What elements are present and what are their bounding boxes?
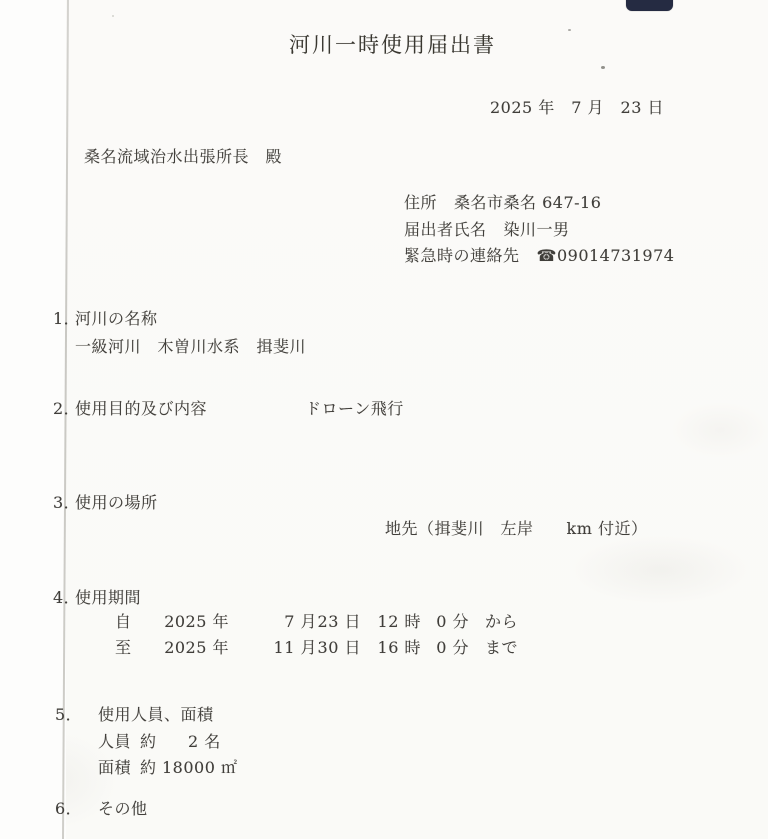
personnel-value: 2 名 [188, 732, 221, 751]
applicant-address-line: 住所桑名市桑名 647-16 [404, 193, 601, 212]
scan-speck [601, 66, 605, 69]
area-row: 面積 約 18000 ㎡ [98, 758, 238, 777]
applicant-name-label: 届出者氏名 [404, 220, 487, 239]
section-6-heading: 6．その他 [55, 799, 148, 818]
section-3-heading: 3．使用の場所 [53, 493, 158, 512]
applicant-name-line: 届出者氏名染川一男 [404, 220, 570, 239]
section-4-title: 使用期間 [75, 588, 141, 607]
usage-period-from-row: 自 2025 年 7 月 23 日 12 時 0 分 から [115, 612, 518, 631]
section-5-heading: 5．使用人員、面積 [55, 705, 214, 724]
personnel-approx: 約 [140, 732, 158, 751]
telephone-icon: ☎ [537, 246, 557, 265]
period-to-day: 30 日 [317, 638, 361, 657]
section-5-title: 使用人員、面積 [98, 705, 214, 724]
addressee-line: 桑名流域治水出張所長 殿 [84, 147, 282, 166]
period-from-day: 23 日 [317, 612, 361, 631]
period-to-minute: 0 分 [421, 638, 469, 657]
section-2-value: ドローン飛行 [305, 399, 404, 418]
scanned-document-page: 河川一時使用届出書 2025 年 7 月 23 日 桑名流域治水出張所長 殿 住… [0, 0, 768, 839]
issue-date: 2025 年 7 月 23 日 [490, 98, 664, 117]
section-3-number: 3． [53, 493, 75, 512]
personnel-row: 人員 約 2 名 [98, 732, 221, 751]
period-from-year: 2025 年 [133, 612, 229, 631]
period-from-month: 7 月 [229, 612, 317, 631]
section-1-number: 1． [53, 309, 75, 328]
phone-number: 09014731974 [557, 246, 674, 265]
period-to-hour: 16 時 [361, 638, 421, 657]
period-from-minute: 0 分 [421, 612, 469, 631]
section-6-title: その他 [98, 799, 148, 818]
section-3-value: 地先（揖斐川 左岸 km 付近） [385, 519, 647, 538]
section-4-number: 4． [53, 588, 75, 607]
area-approx: 約 [140, 758, 158, 777]
area-label: 面積 [98, 758, 132, 777]
section-2-number: 2． [53, 399, 75, 418]
period-from-hour: 12 時 [361, 612, 421, 631]
scan-speck [568, 29, 571, 31]
period-from-label: 自 [115, 612, 133, 631]
section-2-title: 使用目的及び内容 [75, 399, 207, 418]
period-to-label: 至 [115, 638, 133, 657]
period-to-suffix: まで [485, 638, 518, 657]
section-1-title: 河川の名称 [75, 309, 158, 328]
period-to-year: 2025 年 [133, 638, 229, 657]
period-from-suffix: から [485, 612, 518, 631]
section-6-number: 6． [55, 799, 98, 818]
contact-label: 緊急時の連絡先 [404, 246, 520, 265]
applicant-name-value: 染川一男 [504, 220, 570, 239]
address-value: 桑名市桑名 647-16 [454, 193, 601, 212]
section-4-heading: 4．使用期間 [53, 588, 141, 607]
emergency-contact-line: 緊急時の連絡先☎09014731974 [404, 246, 674, 265]
section-2-heading: 2．使用目的及び内容ドローン飛行 [53, 399, 404, 418]
document-title: 河川一時使用届出書 [289, 33, 496, 58]
section-3-title: 使用の場所 [75, 493, 158, 512]
scan-speck [112, 15, 114, 17]
address-label: 住所 [404, 193, 437, 212]
collapsed-toolbar-tab[interactable] [626, 0, 673, 11]
section-1-heading: 1．河川の名称 [53, 309, 158, 328]
usage-period-to-row: 至 2025 年 11 月 30 日 16 時 0 分 まで [115, 638, 518, 657]
period-to-month: 11 月 [229, 638, 317, 657]
section-5-number: 5． [55, 705, 98, 724]
section-1-value: 一級河川 木曽川水系 揖斐川 [75, 337, 306, 356]
area-value: 18000 ㎡ [162, 758, 238, 777]
personnel-label: 人員 [98, 732, 132, 751]
